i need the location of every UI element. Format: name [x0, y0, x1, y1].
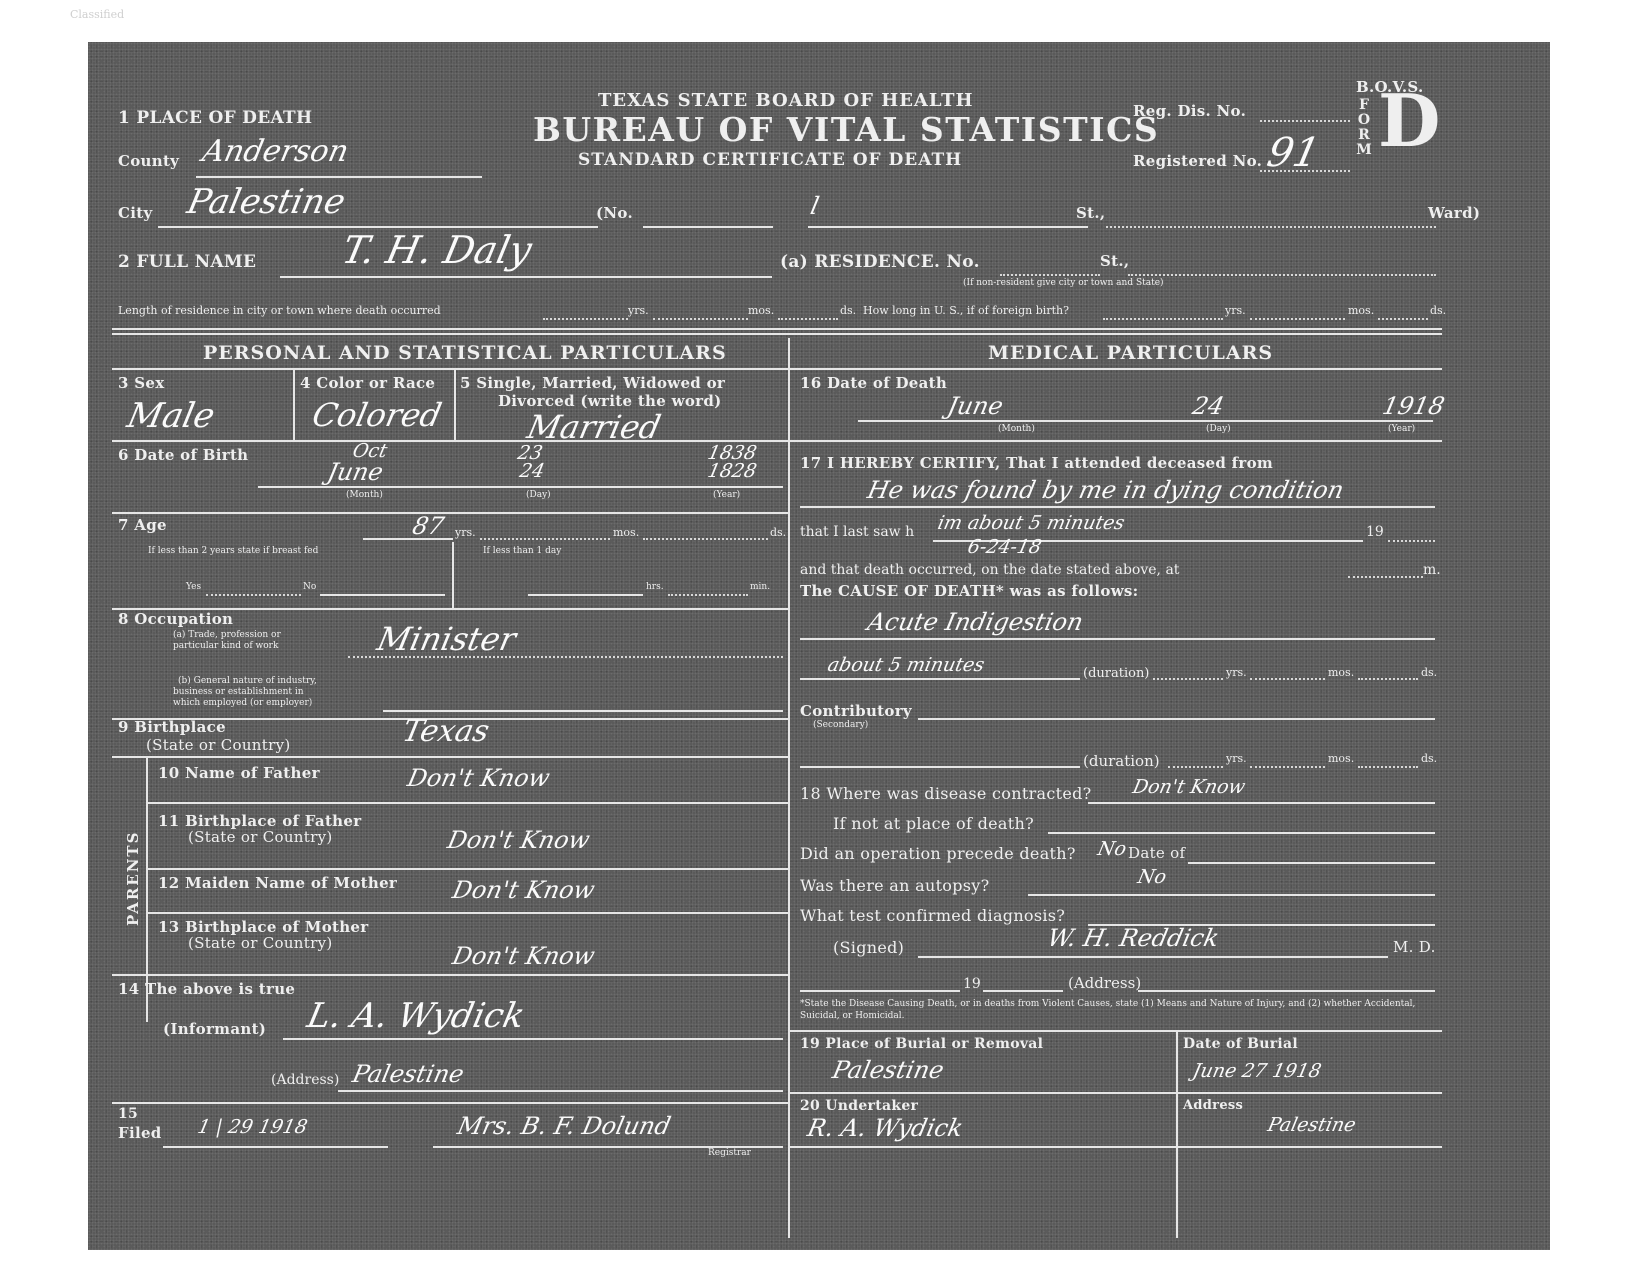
ward-line	[1106, 226, 1436, 228]
undertaker-address-label: Address	[1183, 1098, 1243, 1113]
duration-days-line	[1358, 678, 1418, 680]
filed-date: 1 | 29 1918	[196, 1116, 310, 1138]
day-caption: (Day)	[1206, 424, 1231, 434]
section-line	[790, 368, 1442, 370]
section-line	[112, 368, 788, 370]
contracted-label: 18 Where was disease contracted?	[800, 784, 1092, 803]
birthplace-label: 9 Birthplace	[118, 718, 226, 736]
filed-number: 15	[118, 1106, 138, 1122]
occurred-label: and that death occurred, on the date sta…	[800, 562, 1179, 578]
parents-label: PARENTS	[124, 831, 142, 926]
foreign-days-line	[1378, 318, 1428, 320]
county-line	[196, 176, 482, 178]
occupation-value: Minister	[374, 620, 519, 658]
row-line	[146, 802, 788, 804]
place-of-death-label: 1 PLACE OF DEATH	[118, 108, 312, 128]
yrs-label: yrs.	[1226, 752, 1247, 765]
mother-birthplace-value: Don't Know	[450, 942, 597, 970]
foreign-years-line	[1103, 318, 1223, 320]
dob-month: June	[325, 458, 386, 486]
signed-line	[918, 956, 1388, 958]
full-name-line	[280, 276, 772, 278]
father-birthplace-label-2: (State or Country)	[188, 828, 333, 846]
year-caption: (Year)	[713, 490, 740, 500]
contracted-line	[1088, 802, 1435, 804]
yrs-label: yrs.	[628, 304, 649, 317]
year-prefix: 19	[963, 976, 981, 992]
date-of-death-month: June	[945, 392, 1006, 420]
form-letter: F	[1356, 98, 1372, 113]
age-years-line	[363, 538, 453, 540]
row-line	[112, 756, 788, 758]
birthplace-value: Texas	[399, 714, 492, 749]
cert-date-line	[800, 990, 960, 992]
md-label: M. D.	[1393, 938, 1436, 956]
street-line	[808, 226, 1088, 228]
dob-line	[258, 486, 783, 488]
yes-line	[206, 594, 301, 596]
full-name-label: 2 FULL NAME	[118, 252, 256, 272]
physician-signature: W. H. Reddick	[1045, 924, 1222, 952]
cell-divider	[452, 542, 454, 610]
residence-label: (a) RESIDENCE. No.	[780, 252, 980, 272]
full-name-value: T. H. Daly	[338, 228, 535, 272]
form-code: D	[1378, 78, 1440, 163]
registered-field	[1260, 170, 1350, 172]
city-value: Palestine	[184, 182, 349, 222]
street-no-label: (No.	[596, 204, 633, 222]
yrs-label: yrs.	[1226, 666, 1247, 679]
bureau-title: BUREAU OF VITAL STATISTICS	[533, 110, 1159, 149]
date-of-death-label: 16 Date of Death	[800, 374, 947, 392]
not-place-label: If not at place of death?	[833, 814, 1034, 833]
contracted-value: Don't Know	[1131, 776, 1248, 798]
occupation-b-line	[383, 710, 783, 712]
secondary-label: (Secondary)	[813, 720, 868, 730]
physician-address-line	[1138, 990, 1435, 992]
signed-label: (Signed)	[833, 938, 904, 957]
contributory-label: Contributory	[800, 702, 912, 720]
duration-years-line	[1153, 678, 1223, 680]
undertaker-address-value: Palestine	[1266, 1114, 1358, 1136]
physician-address-label: (Address)	[1068, 974, 1141, 992]
row-line	[112, 512, 788, 514]
duration-months-line	[1250, 678, 1325, 680]
margin-note: Classified	[70, 8, 124, 21]
race-label: 4 Color or Race	[300, 374, 435, 392]
duration-days-line	[1358, 766, 1418, 768]
ds-label: ds.	[770, 526, 786, 539]
bottom-line	[790, 1146, 1442, 1148]
informant-line	[283, 1038, 783, 1040]
cell-divider	[1176, 1030, 1178, 1238]
mos-label: mos.	[1348, 304, 1374, 317]
min-label: min.	[750, 582, 770, 592]
date-of-death-day: 24	[1190, 392, 1226, 420]
mos-label: mos.	[613, 526, 639, 539]
column-divider	[788, 338, 790, 1238]
mos-label: mos.	[1328, 752, 1354, 765]
cause-duration-line	[800, 678, 1080, 680]
row-line	[146, 912, 788, 914]
last-saw-year-label: 19	[1366, 524, 1384, 540]
street-no-line	[643, 226, 773, 228]
less-than-day-label: If less than 1 day	[483, 546, 561, 556]
autopsy-label: Was there an autopsy?	[800, 876, 990, 895]
occupation-b-label-3: which employed (or employer)	[173, 698, 312, 708]
ds-label: ds.	[840, 304, 856, 317]
informant-address-label: (Address)	[271, 1072, 339, 1088]
occupation-b-label-2: business or establishment in	[173, 687, 304, 697]
father-birthplace-value: Don't Know	[445, 826, 592, 854]
hrs-label: hrs.	[646, 582, 664, 592]
cause-label: The CAUSE OF DEATH* was as follows:	[800, 582, 1139, 600]
residence-st-label: St.,	[1100, 252, 1129, 270]
form-vertical-label: F O R M	[1356, 98, 1372, 158]
last-saw-date: 6-24-18	[966, 536, 1044, 558]
form-letter: O	[1356, 113, 1372, 128]
mother-birthplace-label-2: (State or Country)	[188, 934, 333, 952]
sex-label: 3 Sex	[118, 374, 164, 392]
mother-name-label: 12 Maiden Name of Mother	[158, 874, 397, 892]
burial-place-label: 19 Place of Burial or Removal	[800, 1036, 1043, 1052]
cell-divider	[454, 368, 456, 440]
date-of-death-line	[858, 420, 1433, 422]
dob-year: 1828	[706, 460, 759, 482]
m-label: m.	[1423, 562, 1441, 578]
year-caption: (Year)	[1388, 424, 1415, 434]
registrar-signature: Mrs. B. F. Dolund	[455, 1112, 673, 1140]
marital-label: 5 Single, Married, Widowed or	[460, 374, 725, 392]
occurred-time-line	[1348, 576, 1423, 578]
mos-label: mos.	[1328, 666, 1354, 679]
filed-line	[163, 1146, 388, 1148]
autopsy-value: No	[1136, 866, 1169, 888]
last-saw-year-line	[1388, 540, 1435, 542]
yes-label: Yes	[186, 582, 201, 592]
ds-label: ds.	[1430, 304, 1446, 317]
form-title: STANDARD CERTIFICATE OF DEATH	[578, 150, 962, 170]
cause-line	[800, 638, 1435, 640]
row-line	[112, 974, 788, 976]
row-line	[790, 440, 1442, 442]
reg-dis-field	[1260, 120, 1350, 122]
duration-years-line	[1168, 766, 1223, 768]
mother-name-value: Don't Know	[450, 876, 597, 904]
county-label: County	[118, 152, 179, 170]
agency-title: TEXAS STATE BOARD OF HEALTH	[598, 90, 973, 111]
yrs-label: yrs.	[1225, 304, 1246, 317]
occupation-label: 8 Occupation	[118, 610, 233, 628]
father-name-value: Don't Know	[405, 764, 552, 792]
ward-label: Ward)	[1428, 204, 1480, 222]
filed-label: Filed	[118, 1124, 162, 1142]
cause-duration-value: about 5 minutes	[826, 654, 987, 676]
residence-no-line	[1000, 274, 1100, 276]
burial-place-value: Palestine	[830, 1056, 947, 1084]
cause-footnote: *State the Disease Causing Death, or in …	[800, 998, 1440, 1022]
operation-value: No	[1096, 838, 1129, 860]
form-letter: R	[1356, 128, 1372, 143]
no-line	[320, 594, 445, 596]
row-line	[790, 1030, 1442, 1032]
medical-heading: MEDICAL PARTICULARS	[988, 342, 1273, 364]
street-label: St.,	[1076, 204, 1105, 222]
informant-heading: 14 The above is true	[118, 980, 295, 998]
death-certificate: 1 PLACE OF DEATH TEXAS STATE BOARD OF HE…	[88, 42, 1550, 1250]
autopsy-line	[1028, 894, 1435, 896]
cause-of-death-value: Acute Indigestion	[865, 608, 1086, 636]
county-value: Anderson	[199, 134, 352, 169]
operation-label: Did an operation precede death?	[800, 844, 1076, 863]
dob-day: 24	[518, 460, 547, 482]
residence-years-line	[543, 318, 628, 320]
personal-heading: PERSONAL AND STATISTICAL PARTICULARS	[203, 342, 727, 364]
date-of-label: Date of	[1128, 844, 1185, 862]
attended-line	[800, 506, 1435, 508]
not-place-line	[1048, 832, 1435, 834]
burial-date-label: Date of Burial	[1183, 1036, 1298, 1052]
test-label: What test confirmed diagnosis?	[800, 906, 1065, 925]
informant-value: L. A. Wydick	[304, 996, 529, 1036]
contributory-line	[918, 718, 1435, 720]
cert-year-line	[983, 990, 1063, 992]
race-value: Colored	[309, 396, 445, 434]
residence-months-line	[653, 318, 748, 320]
operation-date-line	[1188, 862, 1435, 864]
age-months-line	[480, 538, 610, 540]
month-caption: (Month)	[346, 490, 383, 500]
last-saw-label: that I last saw h	[800, 524, 914, 540]
undertaker-value: R. A. Wydick	[805, 1114, 966, 1142]
breast-fed-label: If less than 2 years state if breast fed	[148, 546, 318, 556]
occupation-a-line	[348, 656, 783, 658]
foreign-birth-label: How long in U. S., if of foreign birth?	[863, 304, 1069, 317]
sex-value: Male	[124, 396, 219, 436]
age-days-line	[643, 538, 768, 540]
certify-label: 17 I HEREBY CERTIFY, That I attended dec…	[800, 454, 1273, 472]
street-no-value: l	[808, 192, 822, 220]
occupation-a-label: (a) Trade, profession or	[173, 630, 281, 640]
row-line	[112, 440, 788, 442]
date-of-death-year: 1918	[1380, 392, 1447, 420]
duration-label: (duration)	[1083, 666, 1149, 681]
birthplace-label-2: (State or Country)	[146, 736, 291, 754]
cell-divider	[293, 368, 295, 440]
foreign-months-line	[1250, 318, 1345, 320]
address-line	[338, 1090, 783, 1092]
hours-line	[528, 594, 643, 596]
no-label: No	[303, 582, 316, 592]
undertaker-label: 20 Undertaker	[800, 1098, 918, 1114]
last-saw-value: im about 5 minutes	[936, 512, 1127, 534]
residence-street-line	[1128, 274, 1436, 276]
mos-label: mos.	[748, 304, 774, 317]
ds-label: ds.	[1421, 666, 1437, 679]
minutes-line	[668, 594, 748, 596]
month-caption: (Month)	[998, 424, 1035, 434]
duration-months-line	[1250, 766, 1325, 768]
residence-days-line	[778, 318, 838, 320]
reg-dis-label: Reg. Dis. No.	[1133, 102, 1246, 120]
informant-label: (Informant)	[163, 1020, 266, 1038]
occupation-a-label-2: particular kind of work	[173, 641, 278, 651]
burial-date-value: June 27 1918	[1191, 1060, 1324, 1082]
yrs-label: yrs.	[455, 526, 476, 539]
header-divider	[112, 328, 1442, 335]
duration-label: (duration)	[1083, 752, 1160, 770]
age-label: 7 Age	[118, 516, 167, 534]
father-name-label: 10 Name of Father	[158, 764, 320, 782]
form-letter: M	[1356, 143, 1372, 158]
row-line	[146, 868, 788, 870]
city-label: City	[118, 204, 152, 222]
contributory-line-2	[800, 766, 1080, 768]
attended-value: He was found by me in dying condition	[865, 476, 1346, 504]
age-years-value: 87	[410, 512, 446, 540]
day-caption: (Day)	[526, 490, 551, 500]
informant-address-value: Palestine	[350, 1060, 467, 1088]
ds-label: ds.	[1421, 752, 1437, 765]
registrar-label: Registrar	[708, 1148, 751, 1158]
row-line	[112, 1102, 788, 1104]
length-of-residence-label: Length of residence in city or town wher…	[118, 304, 441, 317]
dob-label: 6 Date of Birth	[118, 446, 248, 464]
occupation-b-label: (b) General nature of industry,	[178, 676, 317, 686]
row-line	[790, 1092, 1442, 1094]
registered-label: Registered No.	[1133, 152, 1262, 170]
residence-note: (If non-resident give city or town and S…	[963, 278, 1164, 288]
